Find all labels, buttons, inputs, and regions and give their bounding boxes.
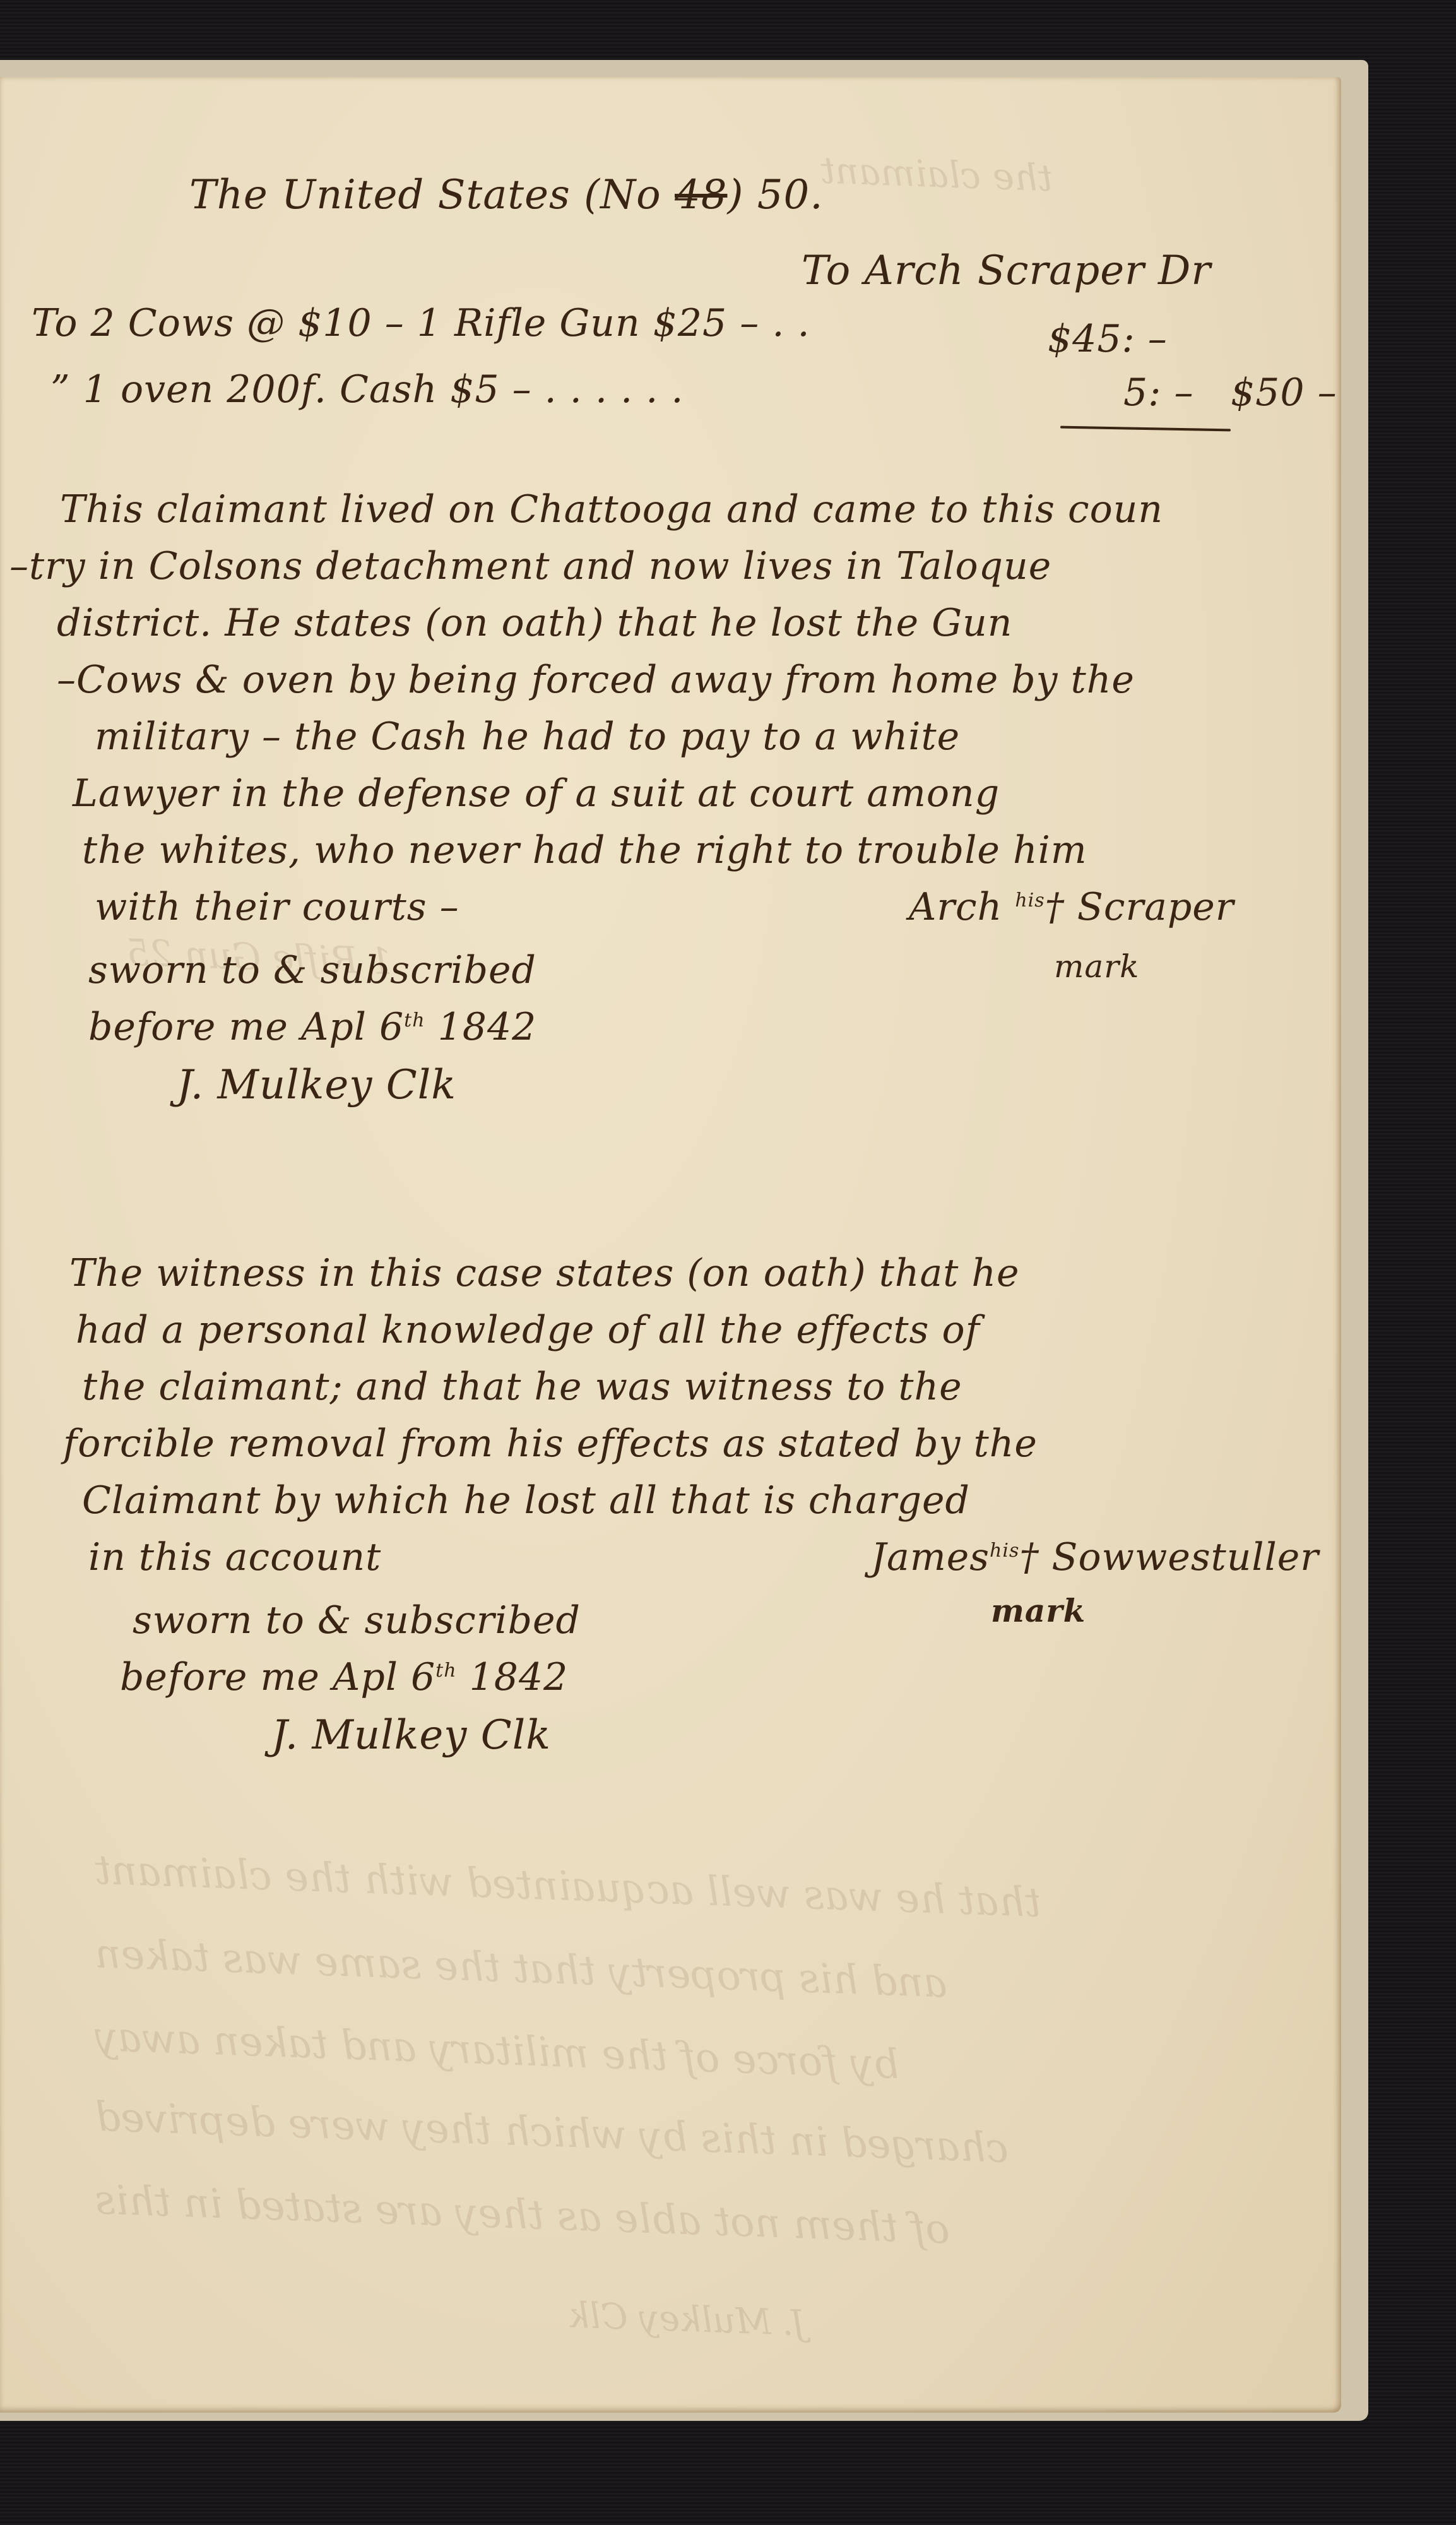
signature-last: Sowwestuller — [1051, 1535, 1319, 1579]
header-title-line: The United States (No 48) 50. — [189, 172, 824, 218]
claimant-line: This claimant lived on Chattooga and cam… — [60, 487, 1163, 532]
account-line-2: ” 1 oven 200f. Cash $5 – . . . . . . — [50, 367, 684, 412]
claimant-line: –Cows & oven by being forced away from h… — [57, 658, 1135, 702]
signature-last: Scraper — [1077, 885, 1234, 929]
witness-signature: Jameshis† Sowwestuller — [871, 1535, 1319, 1579]
bleed-through: charged in this by which they were depri… — [94, 2094, 1009, 2173]
account-line-text: To 2 Cows @ $10 – 1 Rifle Gun $25 – — [32, 301, 759, 345]
header-title: The United States — [189, 172, 571, 218]
clerk-signature: J. Mulkey Clk — [271, 1712, 551, 1759]
bleed-through: J. Mulkey Clk — [567, 2295, 806, 2344]
claimant-line: district. He states (on oath) that he lo… — [57, 601, 1012, 645]
witness-line: in this account — [88, 1535, 381, 1579]
claimant-line: the whites, who never had the right to t… — [82, 828, 1087, 872]
claim-number-struck: 48 — [675, 172, 727, 218]
signature-his: his — [1015, 889, 1045, 912]
header-payee: To Arch Scraper Dr — [802, 247, 1211, 294]
cross-mark-icon: † — [1045, 885, 1065, 929]
claimant-signature: Arch his† Scraper — [909, 885, 1234, 929]
jurat-date: before me Apl 6th 1842 — [88, 1005, 536, 1049]
witness-line: forcible removal from his effects as sta… — [63, 1422, 1038, 1466]
signature-his: his — [990, 1540, 1019, 1562]
account-line-text: ” 1 oven 200f. Cash $5 – — [50, 367, 532, 412]
claimant-line: military – the Cash he had to pay to a w… — [95, 715, 960, 759]
jurat-line: sworn to & subscribed — [88, 948, 536, 992]
signature-first: Arch — [909, 885, 1002, 929]
bleed-through: that he was well acquainted with the cla… — [94, 1847, 1042, 1927]
witness-line: the claimant; and that he was witness to… — [82, 1365, 962, 1409]
cross-mark-icon: † — [1019, 1535, 1039, 1579]
account-line-leader: . . — [772, 301, 810, 345]
bleed-through: the claimant — [820, 149, 1053, 200]
document-page: the claimant 1 Rifle Gun 25 that he was … — [0, 77, 1341, 2413]
bleed-through: by force of the military and taken away — [94, 2014, 900, 2088]
claim-number-prefix: (No — [584, 172, 661, 218]
claim-number: ) 50. — [727, 172, 823, 218]
bleed-through: of them not able as they are stated in t… — [94, 2177, 950, 2253]
witness-line: Claimant by which he lost all that is ch… — [82, 1478, 970, 1523]
clerk-signature: J. Mulkey Clk — [177, 1062, 456, 1108]
jurat-date: before me Apl 6th 1842 — [120, 1655, 568, 1699]
total-underline — [1060, 426, 1231, 432]
claimant-line: with their courts – — [95, 885, 459, 929]
account-line-1: To 2 Cows @ $10 – 1 Rifle Gun $25 – . . — [32, 301, 810, 345]
jurat-line: sworn to & subscribed — [133, 1598, 581, 1643]
witness-line: The witness in this case states (on oath… — [69, 1251, 1020, 1295]
signature-mark-label: mark — [1054, 948, 1139, 985]
claimant-line: Lawyer in the defense of a suit at court… — [73, 771, 1000, 816]
signature-first: James — [871, 1535, 990, 1579]
signature-mark-label: mark — [991, 1592, 1086, 1629]
account-line-2-amount: 5: – — [1123, 371, 1193, 415]
account-total: $50 – — [1231, 371, 1337, 415]
account-line-leader: . . . . . . — [545, 367, 684, 412]
account-line-1-amount: $45: – — [1048, 317, 1168, 361]
claimant-line: –try in Colsons detachment and now lives… — [9, 544, 1051, 588]
bleed-through: and his property that the same was taken — [94, 1930, 948, 2007]
witness-line: had a personal knowledge of all the effe… — [76, 1308, 980, 1352]
